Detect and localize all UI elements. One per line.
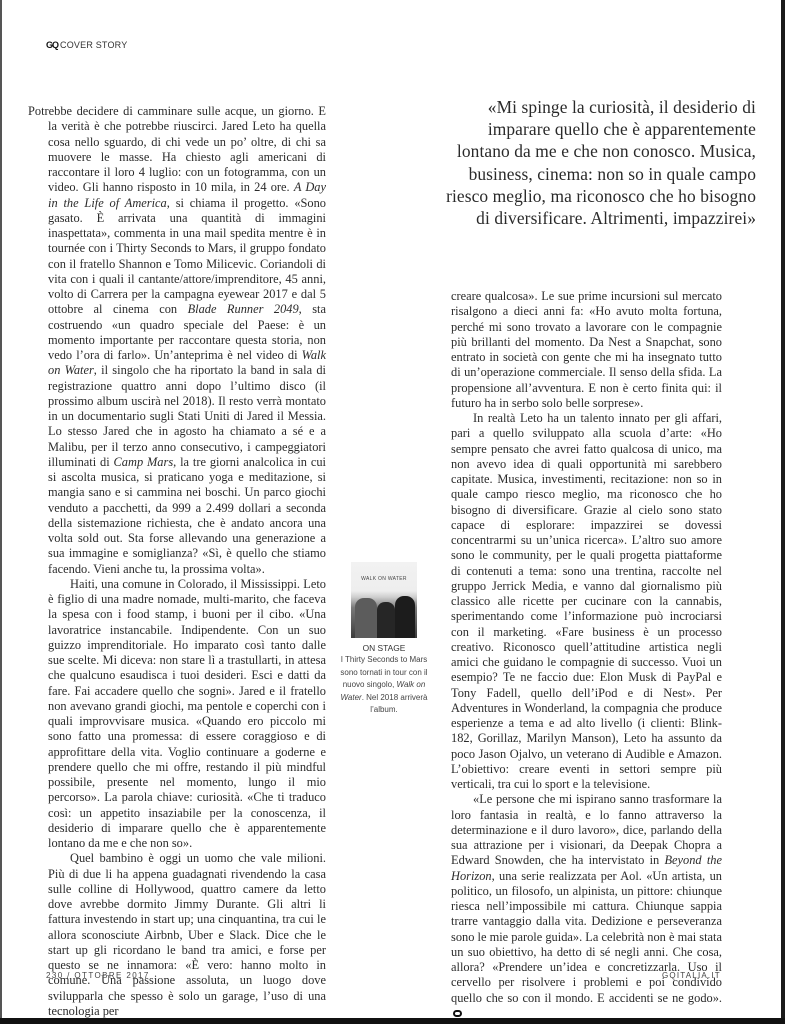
person-silhouette xyxy=(395,596,415,638)
photo-caption-block: WALK ON WATER ON STAGE I Thirty Seconds … xyxy=(336,562,432,716)
person-silhouette xyxy=(355,598,377,638)
website-label: GQITALIA.IT xyxy=(662,971,721,980)
page-number: 230 / OTTOBRE 2017 xyxy=(46,971,150,980)
caption-text: I Thirty Seconds to Mars sono tornati in… xyxy=(340,655,427,714)
paragraph: Haiti, una comune in Colorado, il Missis… xyxy=(48,577,326,852)
article-column-right: creare qualcosa». Le sue prime incursion… xyxy=(451,289,722,1021)
gq-end-mark-icon xyxy=(453,1010,462,1017)
person-silhouette xyxy=(377,602,395,638)
band-photo: WALK ON WATER xyxy=(351,562,417,638)
paragraph: creare qualcosa». Le sue prime incursion… xyxy=(451,289,722,411)
italic-title: Camp Mars xyxy=(114,455,174,469)
paragraph: «Le persone che mi ispirano sanno trasfo… xyxy=(451,792,722,1021)
pull-quote: «Mi spinge la curiosità, il desiderio di… xyxy=(442,96,756,229)
paragraph: In realtà Leto ha un talento innato per … xyxy=(451,411,722,792)
caption-title: ON STAGE xyxy=(336,642,432,654)
italic-title: Blade Runner 2049 xyxy=(188,302,299,316)
photo-title: WALK ON WATER xyxy=(351,576,417,582)
paragraph: Quel bambino è oggi un uomo che vale mil… xyxy=(48,851,326,1019)
gq-logo-icon: GQ xyxy=(46,40,58,50)
section-label: COVER STORY xyxy=(60,40,127,50)
article-column-left: Potrebbe decidere di camminare sulle acq… xyxy=(28,104,326,1019)
page-border-right xyxy=(781,0,785,1024)
page-border-left xyxy=(0,0,2,1024)
section-header: GQ COVER STORY xyxy=(46,40,127,50)
paragraph: Potrebbe decidere di camminare sulle acq… xyxy=(28,104,326,577)
